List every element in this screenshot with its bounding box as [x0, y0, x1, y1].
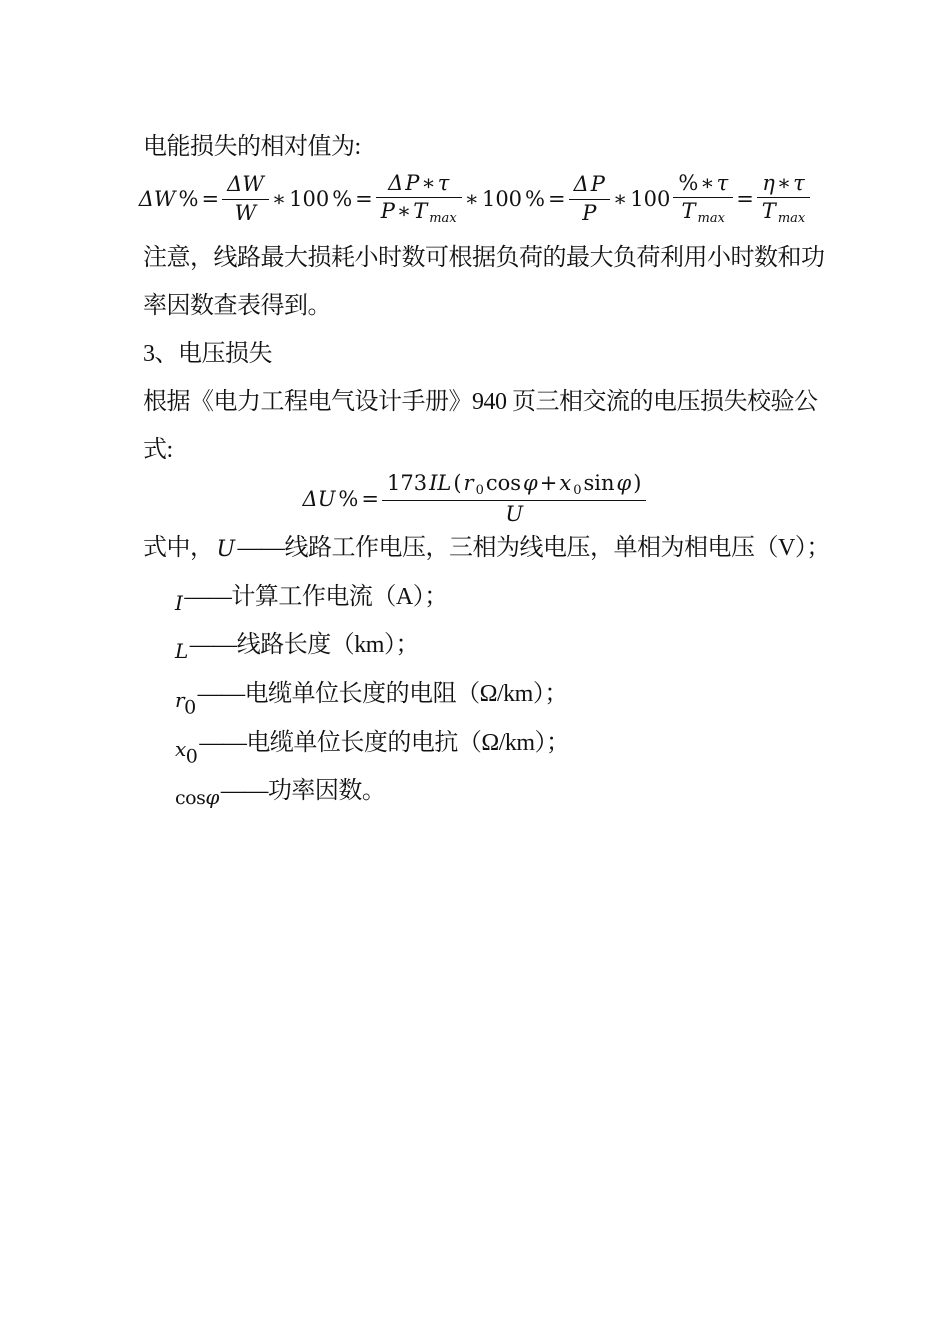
math-token: 173	[387, 471, 427, 495]
math-token: %	[678, 171, 698, 195]
numerator: 173IL(r0cosφ+x0sinφ)	[382, 470, 646, 500]
math-token: 0	[476, 483, 484, 498]
math-token: cos	[486, 471, 521, 495]
math-token: ΔW	[227, 172, 264, 196]
math-token: max	[778, 211, 805, 226]
math-token: P	[591, 172, 605, 196]
math-token: 100	[630, 187, 670, 211]
math-token: T	[682, 199, 696, 223]
math-token: φ	[617, 471, 632, 495]
math-token: )	[633, 471, 641, 495]
math-token: U	[505, 502, 523, 526]
math-token: 0	[186, 746, 198, 768]
definition-label: ——功率因数。	[221, 778, 386, 804]
paragraph-reference-line1: 根据《电力工程电气设计手册》940 页三相交流的电压损失校验公	[143, 387, 833, 417]
math-token: 0	[573, 483, 581, 498]
math-token: =	[548, 187, 566, 211]
math-token: P	[405, 171, 419, 195]
math-token: IL	[429, 471, 451, 495]
math-token: x	[559, 471, 571, 495]
definition-row-cosphi: cosφ——功率因数。	[175, 776, 835, 807]
math-token: 100	[289, 187, 329, 211]
math-token: ∗	[777, 171, 791, 195]
definition-row-x0: x0——电缆单位长度的电抗（Ω/km）；	[175, 728, 835, 766]
math-token: (	[453, 471, 461, 495]
voltage-loss-formula: ΔU%=173IL(r0cosφ+x0sinφ)U	[143, 464, 806, 534]
definition-row-r0: r0——电缆单位长度的电阻（Ω/km）；	[175, 679, 835, 717]
math-token: τ	[438, 171, 450, 195]
paragraph-where: 式中，U——线路工作电压，三相为线电压，单相为相电压（V）；	[143, 533, 833, 564]
definition-label: ——计算工作电流（A）；	[184, 584, 447, 610]
fraction: ΔPP	[569, 171, 610, 227]
math-token: ΔU	[303, 487, 336, 511]
math-token: max	[698, 211, 725, 226]
where-prefix: 式中，	[143, 535, 214, 561]
denominator: Tmax	[673, 197, 733, 228]
math-token: W	[235, 201, 257, 225]
fraction: ΔWW	[222, 171, 269, 227]
math-token: max	[429, 211, 456, 226]
math-token: ∗	[397, 199, 411, 223]
fraction: ΔP∗τP∗Tmax	[376, 170, 462, 229]
math-token: r	[464, 471, 474, 495]
math-token: τ	[793, 171, 805, 195]
numerator: η∗τ	[757, 170, 810, 197]
fraction: 173IL(r0cosφ+x0sinφ)U	[382, 470, 646, 529]
math-token: P	[582, 201, 596, 225]
math-token: sin	[584, 471, 615, 495]
math-token: %	[332, 187, 352, 211]
math-token: U	[217, 537, 235, 562]
numerator: ΔP	[569, 171, 610, 198]
math-token: =	[355, 187, 373, 211]
math-token: φ	[205, 785, 219, 809]
math-token: =	[736, 187, 754, 211]
math-token: τ	[717, 171, 729, 195]
paragraph-note-line1: 注意，线路最大损耗小时数可根据负荷的最大负荷利用小时数和功	[143, 243, 833, 273]
symbol-I: I	[175, 591, 182, 615]
math-token: T	[413, 199, 427, 223]
paragraph-reference-line2: 式:	[143, 435, 833, 465]
math-token: η	[762, 171, 775, 195]
math-token: %	[338, 487, 358, 511]
document-page: 电能损失的相对值为: ΔW%=ΔWW∗100%=ΔP∗τP∗Tmax∗100%=…	[0, 0, 950, 1344]
denominator: Tmax	[757, 197, 810, 228]
denominator: U	[382, 500, 646, 528]
paragraph-intro: 电能损失的相对值为:	[143, 132, 833, 162]
math-token: =	[201, 187, 219, 211]
math-token: P	[381, 199, 395, 223]
math-token: ∗	[421, 171, 435, 195]
math-token: r	[175, 688, 184, 712]
math-token: %	[179, 187, 199, 211]
math-token: I	[175, 591, 182, 615]
math-token: ∗	[465, 187, 479, 211]
numerator: ΔP∗τ	[376, 170, 462, 197]
math-token: φ	[523, 471, 538, 495]
numerator: ΔW	[222, 171, 269, 198]
math-token: =	[361, 487, 379, 511]
math-token: L	[175, 639, 188, 663]
math-token: ∗	[272, 187, 286, 211]
section-heading-voltage-loss: 3、电压损失	[143, 339, 833, 369]
denominator: P∗Tmax	[376, 197, 462, 228]
math-token: 0	[184, 697, 196, 719]
where-suffix: ——线路工作电压，三相为线电压，单相为相电压（V）；	[238, 535, 830, 561]
math-token: ∗	[700, 171, 714, 195]
symbol-r0: r0	[175, 688, 196, 712]
denominator: P	[569, 199, 610, 227]
math-token: cos	[175, 787, 205, 809]
math-token: T	[762, 199, 776, 223]
symbol-L: L	[175, 639, 188, 663]
fraction: %∗τTmax	[673, 170, 733, 229]
math-token: Δ	[388, 171, 403, 195]
fraction: η∗τTmax	[757, 170, 810, 229]
denominator: W	[222, 199, 269, 227]
numerator: %∗τ	[673, 170, 733, 197]
definition-label: ——电缆单位长度的电抗（Ω/km）；	[199, 730, 569, 756]
energy-loss-formula: ΔW%=ΔWW∗100%=ΔP∗τP∗Tmax∗100%=ΔPP∗100%∗τT…	[143, 166, 806, 232]
math-token: 100	[482, 187, 522, 211]
math-token: %	[525, 187, 545, 211]
definition-row-I: I——计算工作电流（A）；	[175, 582, 835, 612]
math-token: ∗	[613, 187, 627, 211]
definition-label: ——电缆单位长度的电阻（Ω/km）；	[198, 681, 568, 707]
symbol-x0: x0	[175, 737, 197, 761]
math-token: Δ	[574, 172, 589, 196]
paragraph-note-line2: 率因数查表得到。	[143, 291, 833, 321]
math-token: x	[175, 737, 186, 761]
definition-row-L: L——线路长度（km）；	[175, 630, 835, 660]
math-token: ΔW	[139, 187, 176, 211]
math-token: +	[540, 471, 558, 495]
definition-label: ——线路长度（km）；	[190, 632, 419, 658]
symbol-U: U	[217, 537, 235, 562]
symbol-cos-phi: cosφ	[175, 785, 219, 809]
